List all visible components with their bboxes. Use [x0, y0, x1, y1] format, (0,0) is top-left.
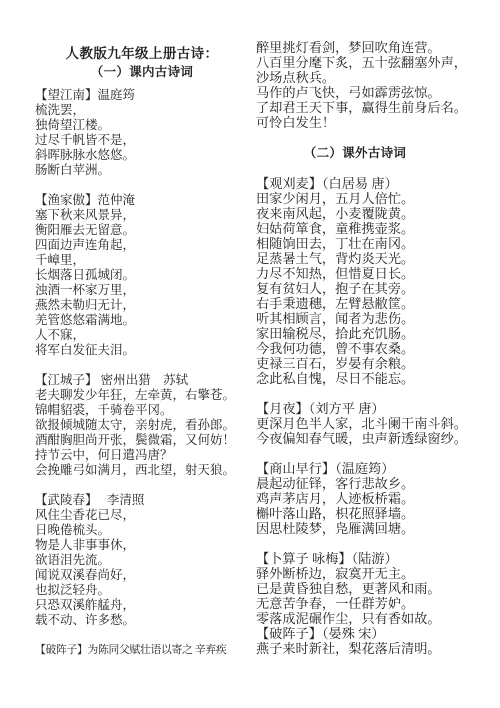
poem-line: 可怜白发生！ [256, 115, 484, 130]
poem-block: 醉里挑灯看剑，梦回吹角连营。八百里分麾下炙，五十弦翻塞外声，沙场点秋兵。马作的卢… [256, 40, 484, 130]
poem-line: 风住尘香花已尽， [35, 508, 249, 523]
poem-line: 会挽雕弓如满月，西北望，射天狼。 [35, 463, 249, 478]
poem-line: 四面边声连角起， [35, 238, 249, 253]
poem-title-line: 【望江南】温庭筠 [35, 88, 249, 103]
poem-title-line: 【武陵春】 李清照 [35, 493, 249, 508]
poem-line: 八百里分麾下炙，五十弦翻塞外声， [256, 55, 484, 70]
poem-line: 右手秉遗穗，左臂悬敝筐。 [256, 296, 484, 311]
poem-line: 家田输税尽，拾此充饥肠。 [256, 326, 484, 341]
poem-line: 驿外断桥边，寂寞开无主。 [256, 566, 484, 581]
poem-title-line: 【破阵子】为陈同父赋壮语以寄之 辛弃疾 [35, 643, 249, 658]
poem-line: 闻说双溪春尚好， [35, 568, 249, 583]
poem-line: 也拟泛轻舟。 [35, 583, 249, 598]
document-page: 人教版九年级上册古诗：（一）课内古诗词【望江南】温庭筠梳洗罢，独倚望江楼。过尽千… [0, 0, 500, 708]
column-left: 人教版九年级上册古诗：（一）课内古诗词【望江南】温庭筠梳洗罢，独倚望江楼。过尽千… [35, 44, 249, 658]
column-right: 醉里挑灯看剑，梦回吹角连营。八百里分麾下炙，五十弦翻塞外声，沙场点秋兵。马作的卢… [256, 40, 484, 656]
poem-block: 【望江南】温庭筠梳洗罢，独倚望江楼。过尽千帆皆不是，斜晖脉脉水悠悠。肠断白苹洲。 [35, 88, 249, 178]
poem-line: 田家少闲月，五月人倍忙。 [256, 191, 484, 206]
poem-line: 念此私自愧，尽日不能忘。 [256, 371, 484, 386]
poem-line: 燕然未勒归无计， [35, 298, 249, 313]
section-heading: （二）课外古诗词 [256, 145, 484, 161]
poem-line: 足蒸暑土气，背灼炎天光。 [256, 251, 484, 266]
poem-title-line: 【破阵子】（晏殊 宋） [256, 626, 484, 641]
poem-block: 【江城子】 密州出猎 苏轼老夫聊发少年狂，左牵黄，右擎苍。锦帽貂裘，千骑卷平冈。… [35, 373, 249, 478]
poem-line: 日晚倦梳头。 [35, 523, 249, 538]
poem-line: 肠断白苹洲。 [35, 163, 249, 178]
poem-block: 【渔家傲】范仲淹塞下秋来风景异，衡阳雁去无留意。四面边声连角起，千嶂里，长烟落日… [35, 193, 249, 358]
poem-line: 醉里挑灯看剑，梦回吹角连营。 [256, 40, 484, 55]
poem-line: 已是黄昏独自愁，更著风和雨。 [256, 581, 484, 596]
poem-line: 酒酣胸胆尚开张，鬓微霜，又何妨！ [35, 433, 249, 448]
poem-line: 欲语泪先流。 [35, 553, 249, 568]
poem-line: 无意苦争春，一任群芳妒。 [256, 596, 484, 611]
poem-line: 鸡声茅店月，人迹板桥霜。 [256, 491, 484, 506]
poem-block: 【观刈麦】（白居易 唐）田家少闲月，五月人倍忙。夜来南风起，小麦覆陇黄。妇姑荷箪… [256, 176, 484, 386]
poem-line: 妇姑荷箪食，童稚携壶浆。 [256, 221, 484, 236]
doc-title: 人教版九年级上册古诗： [35, 44, 249, 64]
poem-line: 更深月色半人家，北斗阑干南斗斜。 [256, 416, 484, 431]
poem-line: 了却君王天下事，赢得生前身后名。 [256, 100, 484, 115]
poem-line: 衡阳雁去无留意。 [35, 223, 249, 238]
poem-line: 吏禄三百石，岁晏有余粮。 [256, 356, 484, 371]
poem-line: 燕子来时新社，梨花落后清明。 [256, 641, 484, 656]
section-heading: （一）课内古诗词 [35, 64, 249, 80]
poem-line: 长烟落日孤城闭。 [35, 268, 249, 283]
poem-block: 【武陵春】 李清照风住尘香花已尽，日晚倦梳头。物是人非事事休，欲语泪先流。闻说双… [35, 493, 249, 628]
poem-block: 【卜算子 咏梅】（陆游）驿外断桥边，寂寞开无主。已是黄昏独自愁，更著风和雨。无意… [256, 551, 484, 656]
poem-line: 只恐双溪舴艋舟， [35, 598, 249, 613]
poem-title-line: 【渔家傲】范仲淹 [35, 193, 249, 208]
poem-line: 马作的卢飞快，弓如霹雳弦惊。 [256, 85, 484, 100]
poem-line: 晨起动征铎，客行悲故乡。 [256, 476, 484, 491]
poem-title-line: 【江城子】 密州出猎 苏轼 [35, 373, 249, 388]
poem-line: 槲叶落山路，枳花照驿墙。 [256, 506, 484, 521]
poem-line: 人不寐， [35, 328, 249, 343]
poem-line: 锦帽貂裘，千骑卷平冈。 [35, 403, 249, 418]
poem-block: 【破阵子】为陈同父赋壮语以寄之 辛弃疾 [35, 643, 249, 658]
poem-block: 【月夜】（刘方平 唐）更深月色半人家，北斗阑干南斗斜。今夜偏知春气暖，虫声新透绿… [256, 401, 484, 446]
poem-line: 斜晖脉脉水悠悠。 [35, 148, 249, 163]
poem-line: 持节云中，何日遣冯唐？ [35, 448, 249, 463]
poem-title-line: 【月夜】（刘方平 唐） [256, 401, 484, 416]
poem-line: 梳洗罢， [35, 103, 249, 118]
poem-line: 因思杜陵梦，凫雁满回塘。 [256, 521, 484, 536]
poem-line: 零落成泥碾作尘，只有香如故。 [256, 611, 484, 626]
poem-line: 复有贫妇人，抱子在其旁。 [256, 281, 484, 296]
poem-line: 今夜偏知春气暖，虫声新透绿窗纱。 [256, 431, 484, 446]
poem-line: 今我何功德，曾不事农桑。 [256, 341, 484, 356]
poem-title-line: 【卜算子 咏梅】（陆游） [256, 551, 484, 566]
poem-line: 老夫聊发少年狂，左牵黄，右擎苍。 [35, 388, 249, 403]
poem-line: 浊酒一杯家万里， [35, 283, 249, 298]
poem-line: 沙场点秋兵。 [256, 70, 484, 85]
poem-line: 听其相顾言，闻者为悲伤。 [256, 311, 484, 326]
poem-line: 羌管悠悠霜满地。 [35, 313, 249, 328]
poem-line: 载不动、许多愁。 [35, 613, 249, 628]
poem-line: 千嶂里， [35, 253, 249, 268]
poem-line: 塞下秋来风景异， [35, 208, 249, 223]
poem-line: 将军白发征夫泪。 [35, 343, 249, 358]
poem-line: 夜来南风起，小麦覆陇黄。 [256, 206, 484, 221]
poem-line: 过尽千帆皆不是， [35, 133, 249, 148]
poem-title-line: 【商山早行】（温庭筠） [256, 461, 484, 476]
poem-line: 相随饷田去，丁壮在南冈。 [256, 236, 484, 251]
poem-line: 物是人非事事休， [35, 538, 249, 553]
poem-line: 欲报倾城随太守，亲射虎，看孙郎。 [35, 418, 249, 433]
poem-title-line: 【观刈麦】（白居易 唐） [256, 176, 484, 191]
poem-block: 【商山早行】（温庭筠）晨起动征铎，客行悲故乡。鸡声茅店月，人迹板桥霜。槲叶落山路… [256, 461, 484, 536]
poem-line: 独倚望江楼。 [35, 118, 249, 133]
poem-line: 力尽不知热，但惜夏日长。 [256, 266, 484, 281]
